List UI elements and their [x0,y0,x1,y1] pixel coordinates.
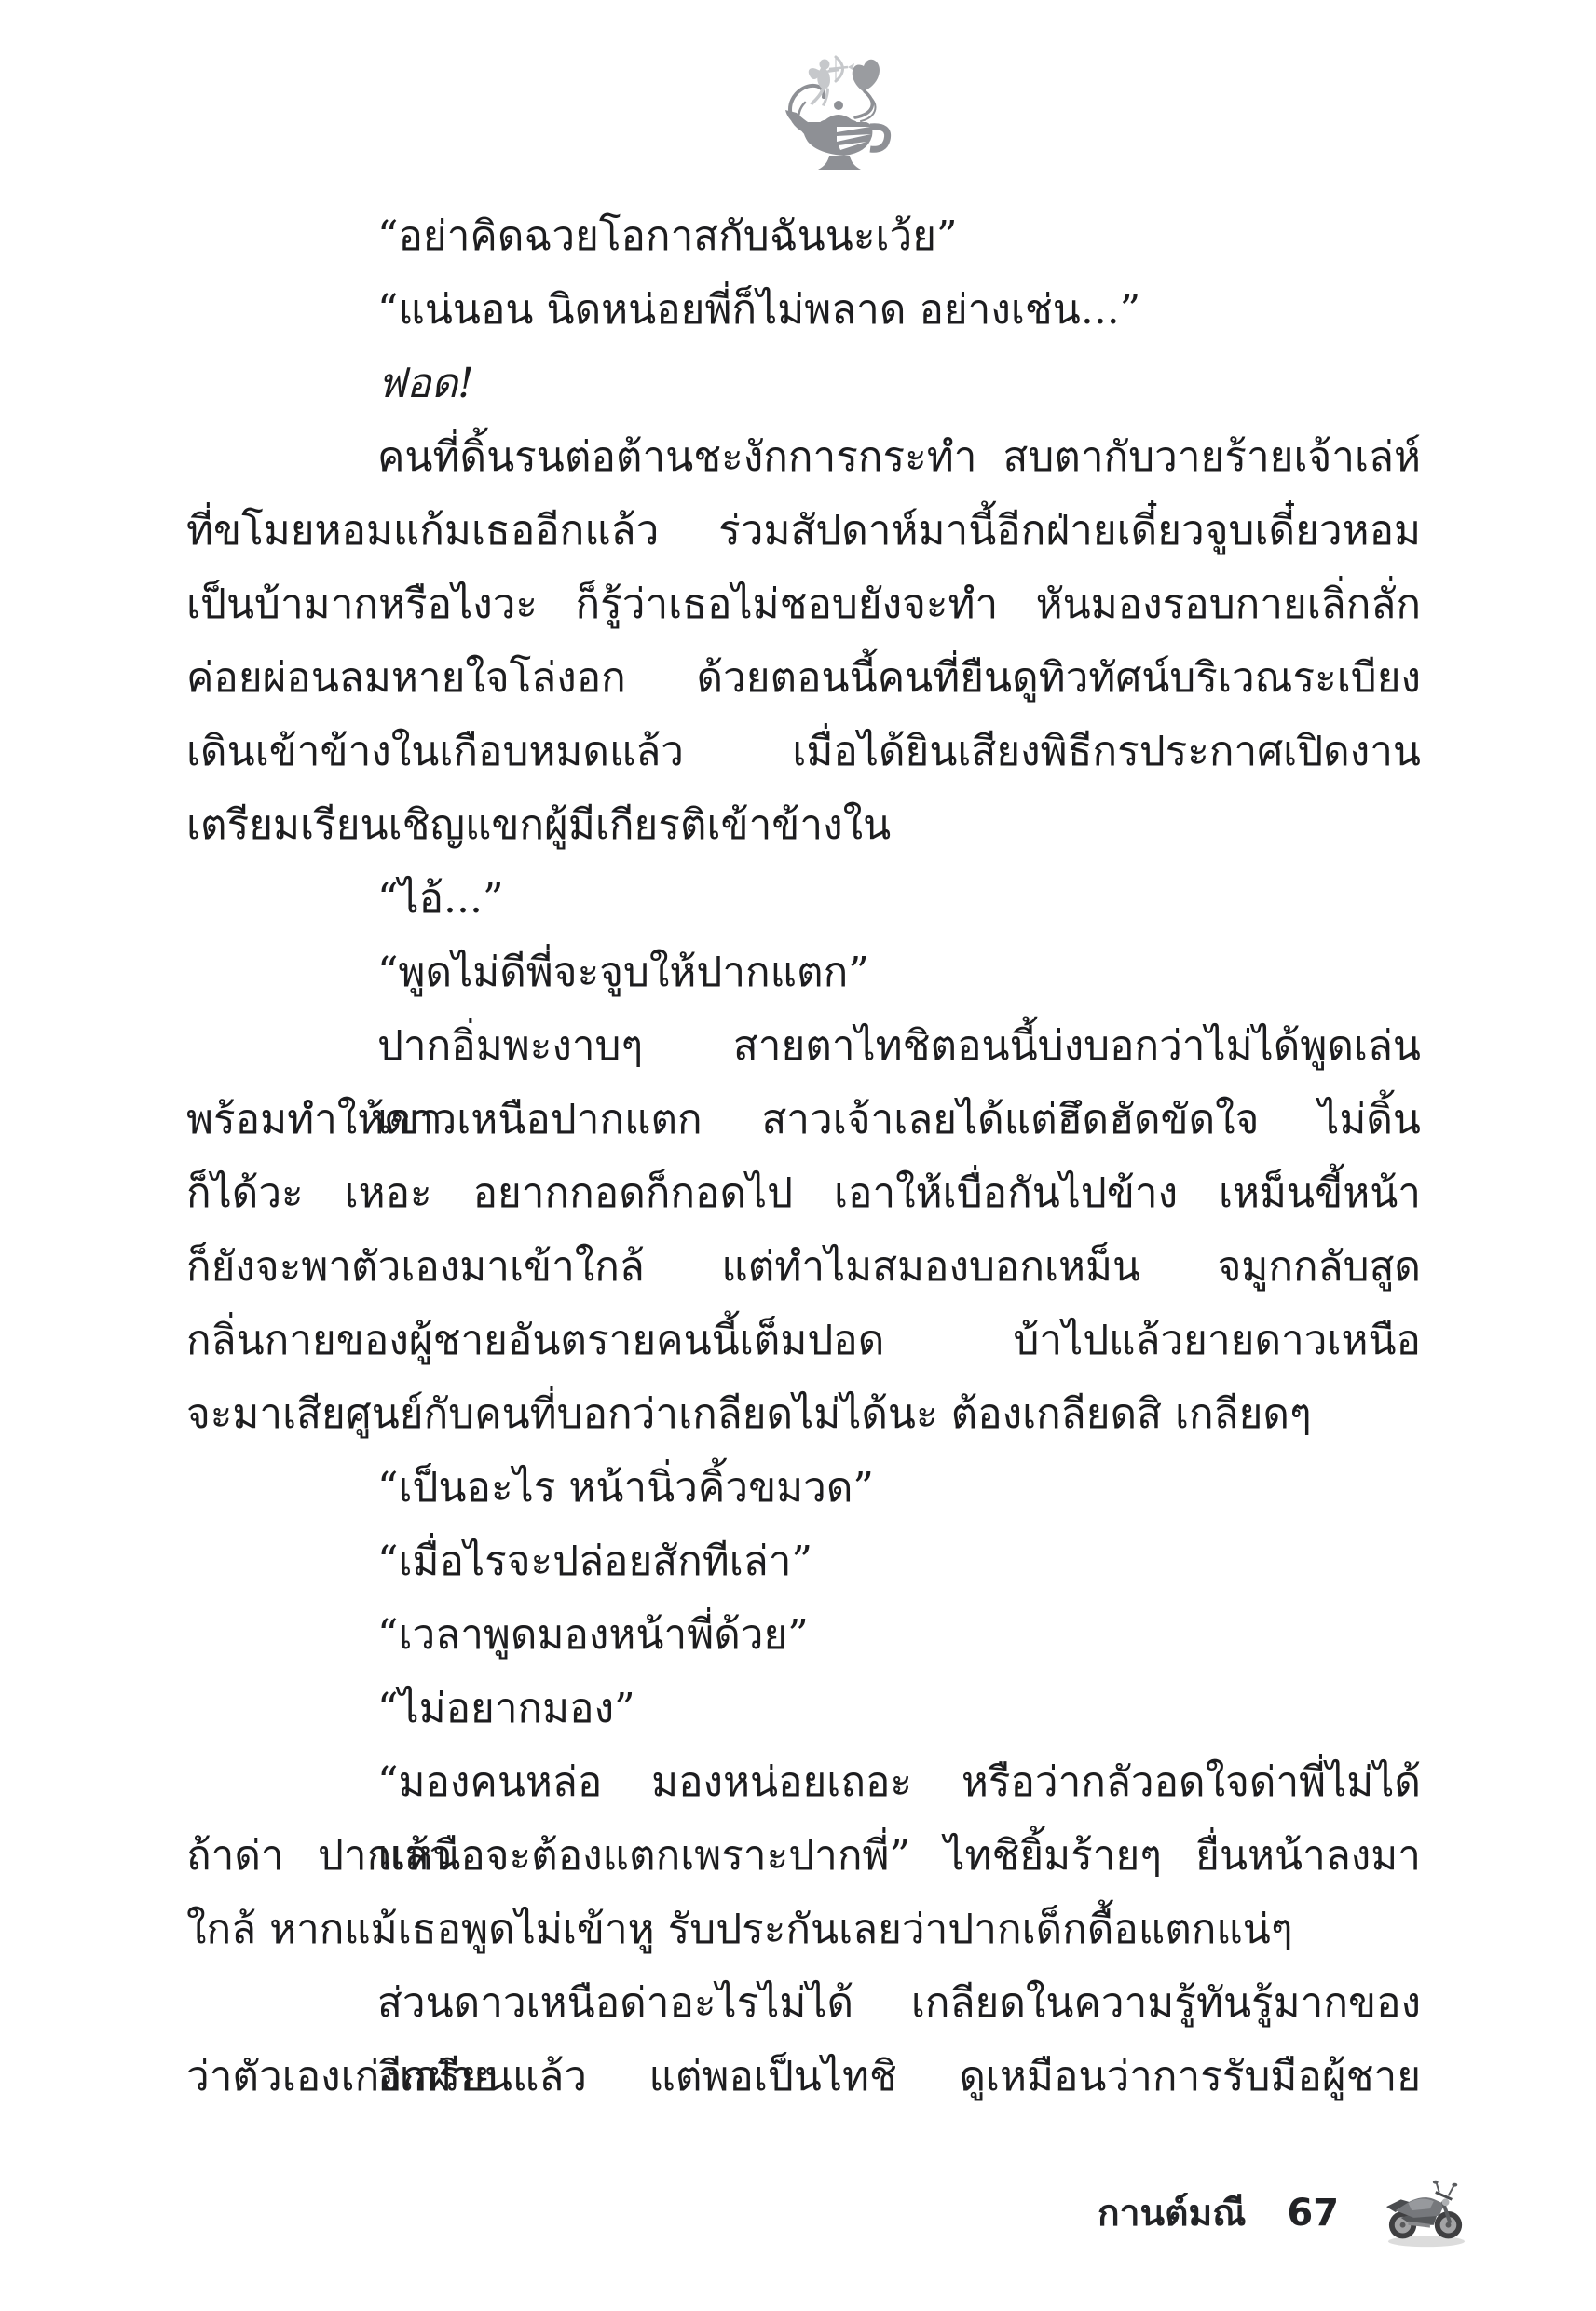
text-line: เตรียมเรียนเชิญแขกผู้มีเกียรติเข้าข้างใน [186,788,1421,862]
text-line: เดินเข้าข้างในเกือบหมดแล้ว เมื่อได้ยินเส… [186,715,1421,788]
text-line: “ไม่อยากมอง” [186,1672,1421,1745]
text-line: จะมาเสียศูนย์กับคนที่บอกว่าเกลียดไม่ได้น… [186,1377,1421,1451]
book-page: “อย่าคิดฉวยโอกาสกับฉันนะเว้ย”“แน่นอน นิด… [0,0,1596,2311]
paragraph: “ไม่อยากมอง” [186,1672,1421,1745]
paragraph: “มองคนหล่อ มองหน่อยเถอะ หรือว่ากลัวอดใจด… [186,1745,1421,1966]
text-line: “เป็นอะไร หน้านิ่วคิ้วขมวด” [186,1451,1421,1525]
page-footer: กานต์มณี 67 [1098,2171,1473,2255]
text-line: คนที่ดิ้นรนต่อต้านชะงักการกระทำ สบตากับว… [186,420,1421,494]
text-line: ที่ขโมยหอมแก้มเธออีกแล้ว ร่วมสัปดาห์มานี… [186,494,1421,567]
paragraph: “เวลาพูดมองหน้าพี่ด้วย” [186,1598,1421,1672]
text-line: “ไอ้...” [186,862,1421,936]
body-text: “อย่าคิดฉวยโอกาสกับฉันนะเว้ย”“แน่นอน นิด… [186,199,1421,2113]
text-line: “เวลาพูดมองหน้าพี่ด้วย” [186,1598,1421,1672]
text-line: ฟอด! [186,347,1421,420]
motorcycle-image [1380,2172,1473,2254]
genie-lamp-cupid-ornament-icon [781,52,896,175]
text-line: กลิ่นกายของผู้ชายอันตรายคนนี้เต็มปอด บ้า… [186,1304,1421,1377]
running-title: กานต์มณี [1098,2184,1246,2242]
text-line: ค่อยผ่อนลมหายใจโล่งอก ด้วยตอนนี้คนที่ยืน… [186,641,1421,715]
text-line: “พูดไม่ดีพี่จะจูบให้ปากแตก” [186,936,1421,1009]
text-line: “มองคนหล่อ มองหน่อยเถอะ หรือว่ากลัวอดใจด… [186,1745,1421,1819]
text-line: “เมื่อไรจะปล่อยสักทีเล่า” [186,1525,1421,1598]
paragraph: “แน่นอน นิดหน่อยพี่ก็ไม่พลาด อย่างเช่น..… [186,273,1421,347]
text-line: ใกล้ หากแม้เธอพูดไม่เข้าหู รับประกันเลยว… [186,1893,1421,1966]
text-line: ปากอิ่มพะงาบๆ สายตาไทชิตอนนี้บ่งบอกว่าไม… [186,1009,1421,1083]
paragraph: “เมื่อไรจะปล่อยสักทีเล่า” [186,1525,1421,1598]
paragraph: ฟอด! [186,347,1421,420]
text-line: ถ้าด่า ปากเหนือจะต้องแตกเพราะปากพี่” ไทช… [186,1819,1421,1893]
text-line: เป็นบ้ามากหรือไงวะ ก็รู้ว่าเธอไม่ชอบยังจ… [186,567,1421,641]
paragraph: “เป็นอะไร หน้านิ่วคิ้วขมวด” [186,1451,1421,1525]
text-line: “แน่นอน นิดหน่อยพี่ก็ไม่พลาด อย่างเช่น..… [186,273,1421,347]
page-number: 67 [1287,2192,1339,2235]
text-line: ว่าตัวเองเก่งเกรียนแล้ว แต่พอเป็นไทชิ ดู… [186,2040,1421,2113]
text-line: “อย่าคิดฉวยโอกาสกับฉันนะเว้ย” [186,199,1421,273]
text-line: พร้อมทำให้ดาวเหนือปากแตก สาวเจ้าเลยได้แต… [186,1083,1421,1156]
cupid-figure [809,60,840,107]
paragraph: “พูดไม่ดีพี่จะจูบให้ปากแตก” [186,936,1421,1009]
paragraph: “อย่าคิดฉวยโอกาสกับฉันนะเว้ย” [186,199,1421,273]
paragraph: “ไอ้...” [186,862,1421,936]
paragraph: ปากอิ่มพะงาบๆ สายตาไทชิตอนนี้บ่งบอกว่าไม… [186,1009,1421,1451]
paragraph: ส่วนดาวเหนือด่าอะไรไม่ได้ เกลียดในความรู… [186,1966,1421,2113]
paragraph: คนที่ดิ้นรนต่อต้านชะงักการกระทำ สบตากับว… [186,420,1421,862]
text-line: ก็ยังจะพาตัวเองมาเข้าใกล้ แต่ทำไมสมองบอก… [186,1230,1421,1304]
text-line: ส่วนดาวเหนือด่าอะไรไม่ได้ เกลียดในความรู… [186,1966,1421,2040]
text-line: ก็ได้วะ เหอะ อยากกอดก็กอดไป เอาให้เบื่อก… [186,1156,1421,1230]
